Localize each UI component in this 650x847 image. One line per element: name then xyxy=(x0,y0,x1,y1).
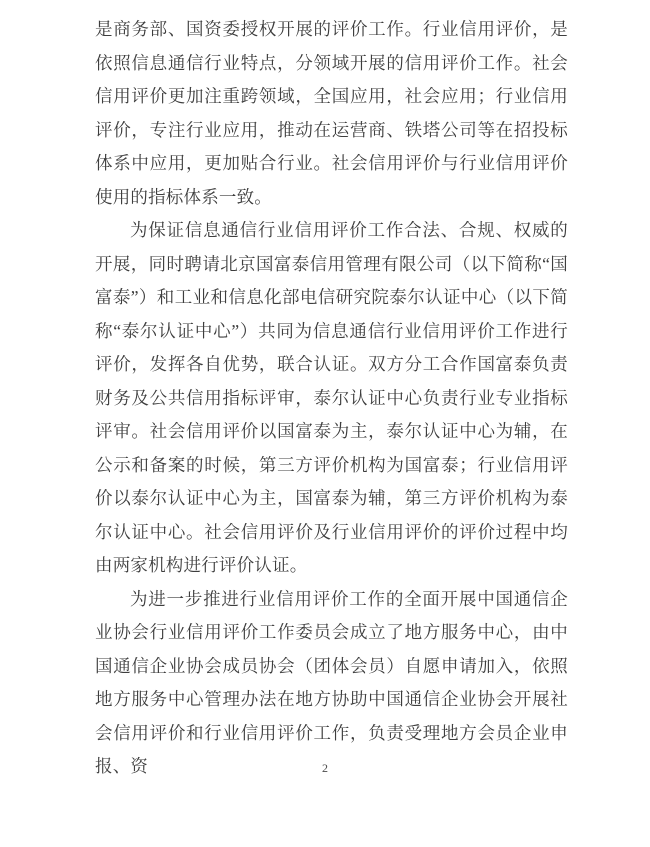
page-number: 2 xyxy=(0,761,650,776)
paragraph-continuation: 是商务部、国资委授权开展的评价工作。行业信用评价，是依照信息通信行业特点，分领域… xyxy=(95,13,568,214)
paragraph-joint-certification: 为保证信息通信行业信用评价工作合法、合规、权威的开展，同时聘请北京国富泰信用管理… xyxy=(95,214,568,583)
paragraph-local-service-centers: 为进一步推进行业信用评价工作的全面开展中国通信企业协会行业信用评价工作委员会成立… xyxy=(95,583,568,784)
document-page: 是商务部、国资委授权开展的评价工作。行业信用评价，是依照信息通信行业特点，分领域… xyxy=(0,0,650,847)
document-text-block: 是商务部、国资委授权开展的评价工作。行业信用评价，是依照信息通信行业特点，分领域… xyxy=(95,13,568,784)
